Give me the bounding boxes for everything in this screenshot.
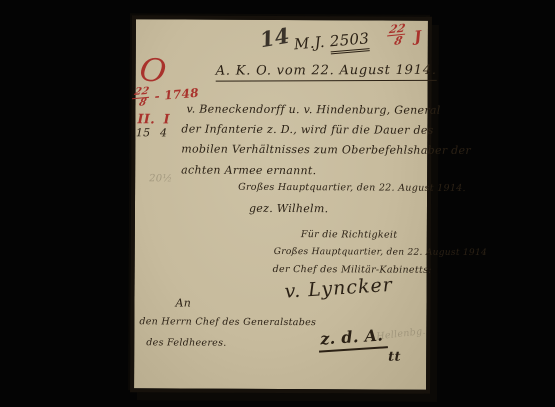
filing-paraph: tt bbox=[388, 351, 401, 365]
received-date-fraction: 22 8 bbox=[388, 23, 408, 48]
received-date-suffix: J bbox=[413, 27, 422, 46]
received-date-month: 8 bbox=[393, 35, 403, 47]
address-line: des Feldheeres. bbox=[146, 338, 226, 349]
body-line: der Infanterie z. D., wird für die Dauer… bbox=[181, 123, 433, 136]
red-section-marks: II. 15 I 4 bbox=[137, 113, 170, 138]
red-check-mark: O bbox=[137, 52, 168, 91]
section-left-roman: II. bbox=[137, 113, 155, 126]
section-right-sub: 4 bbox=[160, 127, 167, 138]
journal-number-rest: - 1748 bbox=[154, 86, 199, 104]
dateline-second: Großes Hauptquartier, den 22. August 191… bbox=[274, 248, 487, 259]
document-heading: A. K. O. vom 22. August 1914. bbox=[216, 64, 437, 82]
registry-number-underlined: 2503 bbox=[329, 29, 370, 54]
registry-prefix: M.J. bbox=[293, 33, 325, 53]
red-received-date: 22 8 J bbox=[388, 21, 423, 47]
document-photo: 14 M.J. 2503 22 8 J O 22 8 - 1748 II. 15 bbox=[130, 15, 432, 394]
body-line: v. Beneckendorff u. v. Hindenburg, Gener… bbox=[186, 104, 440, 117]
office-line: der Chef des Militär-Kabinetts: bbox=[273, 265, 432, 276]
body-line: mobilen Verhältnisses zum Oberbefehlshab… bbox=[181, 143, 471, 157]
journal-date-month: 8 bbox=[138, 98, 148, 109]
signed-note: gez. Wilhelm. bbox=[249, 203, 328, 216]
address-line: den Herrn Chef des Generalstabes bbox=[139, 317, 316, 328]
dateline-first: Großes Hauptquartier, den 22. August 191… bbox=[238, 183, 466, 195]
pencil-page-number: 14 bbox=[258, 24, 291, 52]
section-right-roman: I bbox=[163, 113, 169, 126]
certification-line: Für die Richtigkeit bbox=[301, 230, 398, 241]
address-line: An bbox=[175, 297, 191, 309]
section-mark-right: I 4 bbox=[163, 113, 170, 138]
pencil-note-left: 20½ bbox=[149, 173, 172, 184]
journal-date-fraction: 22 8 bbox=[133, 87, 151, 109]
body-line: achten Armee ernannt. bbox=[181, 164, 316, 177]
registry-number: M.J. 2503 bbox=[293, 30, 370, 53]
signature-lyncker: v. Lyncker bbox=[284, 275, 393, 303]
section-mark-left: II. 15 bbox=[137, 113, 155, 138]
section-left-sub: 15 bbox=[136, 127, 151, 138]
